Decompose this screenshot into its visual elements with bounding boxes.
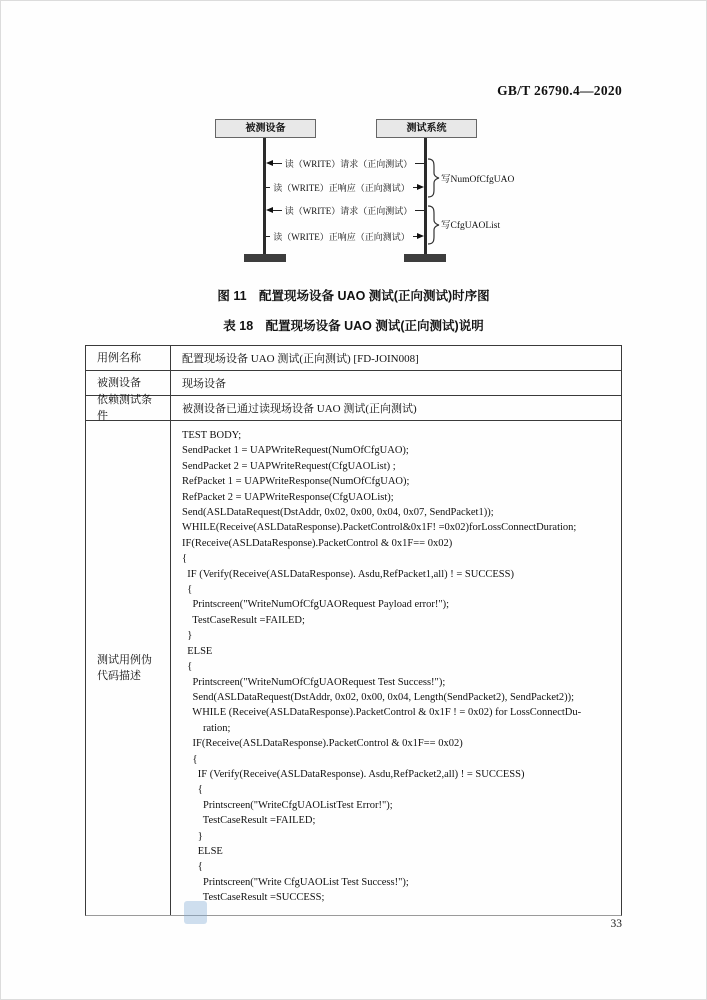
row-label: 用例名称 [86, 346, 171, 370]
message-write-request-2: 读（WRITE）请求（正向测试） [266, 203, 424, 217]
message-write-response-2: 读（WRITE）正响应（正向测试） [266, 229, 424, 243]
curly-brace-icon [427, 205, 441, 245]
standard-code: GB/T 26790.4—2020 [497, 83, 622, 99]
table-caption: 表 18 配置现场设备 UAO 测试(正向测试)说明 [0, 316, 707, 334]
pseudocode-block: TEST BODY; SendPacket 1 = UAPWriteReques… [182, 428, 581, 906]
actor-test-system: 测试系统 [376, 119, 477, 138]
document-page: GB/T 26790.4—2020 被测设备 测试系统 读（WRITE）请求（正… [0, 0, 707, 1000]
brace-label-num-of-cfg-uao: 写NumOfCfgUAO [441, 171, 514, 185]
arrow-right-icon [417, 184, 424, 190]
brace-label-cfg-uao-list: 写CfgUAOList [441, 217, 500, 231]
table-row-use-case-name: 用例名称 配置现场设备 UAO 测试(正向测试) [FD-JOIN008] [86, 346, 621, 371]
arrow-left-icon [266, 160, 273, 166]
message-line [273, 210, 282, 211]
table-row-device-under-test: 被测设备 现场设备 [86, 371, 621, 396]
page-number: 33 [611, 918, 623, 930]
table-row-pseudocode: 测试用例伪代码描述 TEST BODY; SendPacket 1 = UAPW… [86, 421, 621, 915]
table-row-dependency-condition: 依赖测试条件 被测设备已通过读现场设备 UAO 测试(正向测试) [86, 396, 621, 421]
lifeline-end-bar [404, 254, 446, 262]
message-label: 读（WRITE）正响应（正向测试） [270, 181, 413, 194]
message-write-response-1: 读（WRITE）正响应（正向测试） [266, 180, 424, 194]
curly-brace-icon [427, 158, 441, 198]
figure-caption: 图 11 配置现场设备 UAO 测试(正向测试)时序图 [0, 286, 707, 304]
row-value: 配置现场设备 UAO 测试(正向测试) [FD-JOIN008] [171, 346, 621, 370]
lifeline-end-bar [244, 254, 286, 262]
row-label: 依赖测试条件 [86, 396, 171, 420]
message-line [415, 210, 424, 211]
row-value: 被测设备已通过读现场设备 UAO 测试(正向测试) [171, 396, 621, 420]
message-label: 读（WRITE）请求（正向测试） [282, 157, 416, 170]
message-label: 读（WRITE）请求（正向测试） [282, 204, 416, 217]
row-label: 测试用例伪代码描述 [86, 421, 171, 915]
sac-watermark-logo [184, 901, 207, 924]
message-write-request-1: 读（WRITE）请求（正向测试） [266, 156, 424, 170]
actor-device-under-test: 被测设备 [215, 119, 316, 138]
message-line [273, 163, 282, 164]
test-case-table: 用例名称 配置现场设备 UAO 测试(正向测试) [FD-JOIN008] 被测… [85, 345, 622, 916]
row-value: 现场设备 [171, 371, 621, 395]
message-line [415, 163, 424, 164]
message-label: 读（WRITE）正响应（正向测试） [270, 230, 413, 243]
arrow-left-icon [266, 207, 273, 213]
arrow-right-icon [417, 233, 424, 239]
